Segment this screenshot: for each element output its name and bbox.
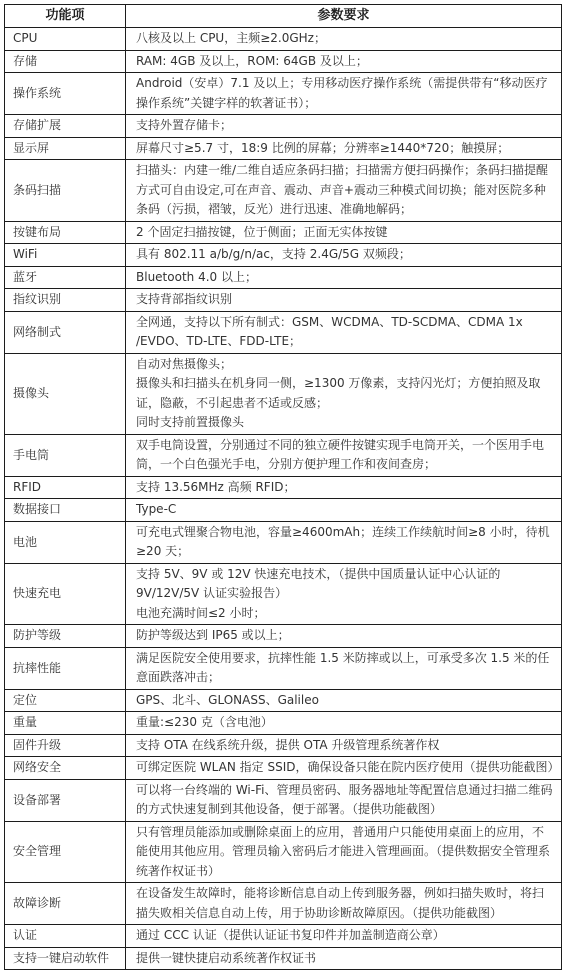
parameter-cell: Android（安卓）7.1 及以上；专用移动医疗操作系统（需提供带有“移动医疗…	[126, 73, 562, 115]
function-item-cell: 快速充电	[5, 563, 126, 625]
table-row: 防护等级防护等级达到 IP65 或以上；	[5, 625, 562, 648]
parameter-cell: 支持外置存储卡；	[126, 115, 562, 138]
table-row: 故障诊断在设备发生故障时，能将诊断信息自动上传到服务器，例如扫描失败时，将扫描失…	[5, 883, 562, 925]
parameter-line: 全网通，支持以下所有制式：GSM、WCDMA、TD-SCDMA、CDMA 1x …	[136, 313, 555, 352]
table-row: 手电筒双手电筒设置，分别通过不同的独立硬件按键实现手电筒开关，一个医用手电筒，一…	[5, 434, 562, 476]
function-item-cell: 存储	[5, 50, 126, 73]
function-item-cell: 按键布局	[5, 221, 126, 244]
parameter-cell: RAM: 4GB 及以上，ROM: 64GB 及以上；	[126, 50, 562, 73]
table-header-row: 功能项 参数要求	[5, 5, 562, 28]
parameter-line: 支持 13.56MHz 高频 RFID；	[136, 478, 555, 498]
function-item-cell: 设备部署	[5, 779, 126, 821]
table-row: CPU八核及以上 CPU，主频≥2.0GHz；	[5, 28, 562, 51]
parameter-line: GPS、北斗、GLONASS、Galileo	[136, 691, 555, 711]
table-row: 条码扫描扫描头：内建一维/二维自适应条码扫描；扫描需方便扫码操作；条码扫描提醒方…	[5, 160, 562, 222]
parameter-line: 通过 CCC 认证（提供认证证书复印件并加盖制造商公章）	[136, 926, 555, 946]
table-row: 蓝牙Bluetooth 4.0 以上；	[5, 266, 562, 289]
function-item-cell: 故障诊断	[5, 883, 126, 925]
function-item-cell: WiFi	[5, 244, 126, 267]
column-header-function-item: 功能项	[5, 5, 126, 28]
parameter-line: 提供一键快捷启动系统著作权证书	[136, 949, 555, 969]
parameter-line: 摄像头和扫描头在机身同一侧，≥1300 万像素，支持闪光灯；方便拍照及取证，隐蔽…	[136, 374, 555, 413]
parameter-line: 支持背部指纹识别	[136, 290, 555, 310]
parameter-cell: 满足医院安全使用要求，抗摔性能 1.5 米防摔或以上，可承受多次 1.5 米的任…	[126, 647, 562, 689]
table-row: 网络制式全网通，支持以下所有制式：GSM、WCDMA、TD-SCDMA、CDMA…	[5, 311, 562, 353]
parameter-cell: 自动对焦摄像头；摄像头和扫描头在机身同一侧，≥1300 万像素，支持闪光灯；方便…	[126, 353, 562, 434]
column-header-parameter-requirements: 参数要求	[126, 5, 562, 28]
parameter-line: 扫描头：内建一维/二维自适应条码扫描；扫描需方便扫码操作；条码扫描提醒方式可自由…	[136, 161, 555, 220]
parameter-line: RAM: 4GB 及以上，ROM: 64GB 及以上；	[136, 52, 555, 72]
spec-table: 功能项 参数要求 CPU八核及以上 CPU，主频≥2.0GHz；存储RAM: 4…	[4, 4, 562, 970]
table-row: 电池可充电式锂聚合物电池，容量≥4600mAh；连续工作续航时间≥8 小时，待机…	[5, 521, 562, 563]
parameter-cell: 屏幕尺寸≥5.7 寸，18:9 比例的屏幕；分辨率≥1440*720；触摸屏；	[126, 137, 562, 160]
parameter-cell: 提供一键快捷启动系统著作权证书	[126, 947, 562, 970]
function-item-cell: 摄像头	[5, 353, 126, 434]
parameter-cell: 支持 OTA 在线系统升级，提供 OTA 升级管理系统著作权	[126, 734, 562, 757]
parameter-line: 只有管理员能添加或删除桌面上的应用，普通用户只能使用桌面上的应用，不能使用其他应…	[136, 823, 555, 882]
parameter-cell: Type-C	[126, 499, 562, 522]
parameter-line: 可绑定医院 WLAN 指定 SSID，确保设备只能在院内医疗使用（提供功能截图）	[136, 758, 555, 778]
table-row: 设备部署可以将一台终端的 Wi-Fi、管理员密码、服务器地址等配置信息通过扫描二…	[5, 779, 562, 821]
spec-table-body: CPU八核及以上 CPU，主频≥2.0GHz；存储RAM: 4GB 及以上，RO…	[5, 28, 562, 970]
function-item-cell: 重量	[5, 712, 126, 735]
parameter-cell: 防护等级达到 IP65 或以上；	[126, 625, 562, 648]
parameter-line: 2 个固定扫描按键，位于侧面；正面无实体按键	[136, 223, 555, 243]
table-row: 存储RAM: 4GB 及以上，ROM: 64GB 及以上；	[5, 50, 562, 73]
parameter-line: 满足医院安全使用要求，抗摔性能 1.5 米防摔或以上，可承受多次 1.5 米的任…	[136, 649, 555, 688]
function-item-cell: 操作系统	[5, 73, 126, 115]
parameter-cell: 在设备发生故障时，能将诊断信息自动上传到服务器，例如扫描失败时，将扫描失败相关信…	[126, 883, 562, 925]
function-item-cell: 安全管理	[5, 821, 126, 883]
parameter-cell: 可以将一台终端的 Wi-Fi、管理员密码、服务器地址等配置信息通过扫描二维码的方…	[126, 779, 562, 821]
parameter-line: 具有 802.11 a/b/g/n/ac，支持 2.4G/5G 双频段；	[136, 245, 555, 265]
table-row: 数据接口Type-C	[5, 499, 562, 522]
function-item-cell: 蓝牙	[5, 266, 126, 289]
function-item-cell: 存储扩展	[5, 115, 126, 138]
parameter-line: 电池充满时间≤2 小时；	[136, 604, 555, 624]
table-row: 显示屏屏幕尺寸≥5.7 寸，18:9 比例的屏幕；分辨率≥1440*720；触摸…	[5, 137, 562, 160]
function-item-cell: 条码扫描	[5, 160, 126, 222]
parameter-line: 支持 OTA 在线系统升级，提供 OTA 升级管理系统著作权	[136, 736, 555, 756]
table-row: WiFi具有 802.11 a/b/g/n/ac，支持 2.4G/5G 双频段；	[5, 244, 562, 267]
function-item-cell: 定位	[5, 689, 126, 712]
table-row: 存储扩展支持外置存储卡；	[5, 115, 562, 138]
parameter-line: 可以将一台终端的 Wi-Fi、管理员密码、服务器地址等配置信息通过扫描二维码的方…	[136, 781, 555, 820]
function-item-cell: 手电筒	[5, 434, 126, 476]
parameter-line: 防护等级达到 IP65 或以上；	[136, 626, 555, 646]
parameter-line: 重量:≤230 克（含电池）	[136, 713, 555, 733]
parameter-cell: 具有 802.11 a/b/g/n/ac，支持 2.4G/5G 双频段；	[126, 244, 562, 267]
parameter-cell: 2 个固定扫描按键，位于侧面；正面无实体按键	[126, 221, 562, 244]
table-row: 安全管理只有管理员能添加或删除桌面上的应用，普通用户只能使用桌面上的应用，不能使…	[5, 821, 562, 883]
table-row: 重量重量:≤230 克（含电池）	[5, 712, 562, 735]
parameter-line: 同时支持前置摄像头	[136, 413, 555, 433]
parameter-line: 屏幕尺寸≥5.7 寸，18:9 比例的屏幕；分辨率≥1440*720；触摸屏；	[136, 139, 555, 159]
parameter-line: Type-C	[136, 500, 555, 520]
table-row: 抗摔性能满足医院安全使用要求，抗摔性能 1.5 米防摔或以上，可承受多次 1.5…	[5, 647, 562, 689]
parameter-cell: 八核及以上 CPU，主频≥2.0GHz；	[126, 28, 562, 51]
parameter-cell: 支持背部指纹识别	[126, 289, 562, 312]
parameter-cell: 扫描头：内建一维/二维自适应条码扫描；扫描需方便扫码操作；条码扫描提醒方式可自由…	[126, 160, 562, 222]
function-item-cell: 认证	[5, 925, 126, 948]
table-row: RFID支持 13.56MHz 高频 RFID；	[5, 476, 562, 499]
parameter-line: 可充电式锂聚合物电池，容量≥4600mAh；连续工作续航时间≥8 小时，待机≥2…	[136, 523, 555, 562]
parameter-line: 双手电筒设置，分别通过不同的独立硬件按键实现手电筒开关，一个医用手电筒，一个白色…	[136, 436, 555, 475]
function-item-cell: 固件升级	[5, 734, 126, 757]
function-item-cell: 支持一键启动软件	[5, 947, 126, 970]
parameter-line: 在设备发生故障时，能将诊断信息自动上传到服务器，例如扫描失败时，将扫描失败相关信…	[136, 884, 555, 923]
parameter-line: 支持外置存储卡；	[136, 116, 555, 136]
table-row: 网络安全可绑定医院 WLAN 指定 SSID，确保设备只能在院内医疗使用（提供功…	[5, 757, 562, 780]
parameter-cell: 通过 CCC 认证（提供认证证书复印件并加盖制造商公章）	[126, 925, 562, 948]
function-item-cell: 抗摔性能	[5, 647, 126, 689]
parameter-line: Android（安卓）7.1 及以上；专用移动医疗操作系统（需提供带有“移动医疗…	[136, 74, 555, 113]
parameter-line: 八核及以上 CPU，主频≥2.0GHz；	[136, 29, 555, 49]
parameter-cell: Bluetooth 4.0 以上；	[126, 266, 562, 289]
parameter-cell: 双手电筒设置，分别通过不同的独立硬件按键实现手电筒开关，一个医用手电筒，一个白色…	[126, 434, 562, 476]
parameter-line: 支持 5V、9V 或 12V 快速充电技术，（提供中国质量认证中心认证的 9V/…	[136, 565, 555, 604]
table-row: 固件升级支持 OTA 在线系统升级，提供 OTA 升级管理系统著作权	[5, 734, 562, 757]
function-item-cell: 网络安全	[5, 757, 126, 780]
parameter-cell: 重量:≤230 克（含电池）	[126, 712, 562, 735]
function-item-cell: 显示屏	[5, 137, 126, 160]
table-row: 指纹识别支持背部指纹识别	[5, 289, 562, 312]
parameter-cell: 可绑定医院 WLAN 指定 SSID，确保设备只能在院内医疗使用（提供功能截图）	[126, 757, 562, 780]
parameter-cell: 只有管理员能添加或删除桌面上的应用，普通用户只能使用桌面上的应用，不能使用其他应…	[126, 821, 562, 883]
function-item-cell: 指纹识别	[5, 289, 126, 312]
parameter-cell: 全网通，支持以下所有制式：GSM、WCDMA、TD-SCDMA、CDMA 1x …	[126, 311, 562, 353]
table-row: 定位GPS、北斗、GLONASS、Galileo	[5, 689, 562, 712]
parameter-cell: 支持 5V、9V 或 12V 快速充电技术，（提供中国质量认证中心认证的 9V/…	[126, 563, 562, 625]
spec-document-page: 功能项 参数要求 CPU八核及以上 CPU，主频≥2.0GHz；存储RAM: 4…	[0, 0, 565, 979]
function-item-cell: 防护等级	[5, 625, 126, 648]
parameter-line: 自动对焦摄像头；	[136, 355, 555, 375]
table-row: 摄像头自动对焦摄像头；摄像头和扫描头在机身同一侧，≥1300 万像素，支持闪光灯…	[5, 353, 562, 434]
parameter-line: Bluetooth 4.0 以上；	[136, 268, 555, 288]
function-item-cell: RFID	[5, 476, 126, 499]
table-row: 支持一键启动软件提供一键快捷启动系统著作权证书	[5, 947, 562, 970]
function-item-cell: CPU	[5, 28, 126, 51]
parameter-cell: 可充电式锂聚合物电池，容量≥4600mAh；连续工作续航时间≥8 小时，待机≥2…	[126, 521, 562, 563]
function-item-cell: 电池	[5, 521, 126, 563]
table-row: 按键布局2 个固定扫描按键，位于侧面；正面无实体按键	[5, 221, 562, 244]
table-row: 认证通过 CCC 认证（提供认证证书复印件并加盖制造商公章）	[5, 925, 562, 948]
parameter-cell: GPS、北斗、GLONASS、Galileo	[126, 689, 562, 712]
table-row: 快速充电支持 5V、9V 或 12V 快速充电技术，（提供中国质量认证中心认证的…	[5, 563, 562, 625]
table-row: 操作系统Android（安卓）7.1 及以上；专用移动医疗操作系统（需提供带有“…	[5, 73, 562, 115]
function-item-cell: 数据接口	[5, 499, 126, 522]
function-item-cell: 网络制式	[5, 311, 126, 353]
parameter-cell: 支持 13.56MHz 高频 RFID；	[126, 476, 562, 499]
